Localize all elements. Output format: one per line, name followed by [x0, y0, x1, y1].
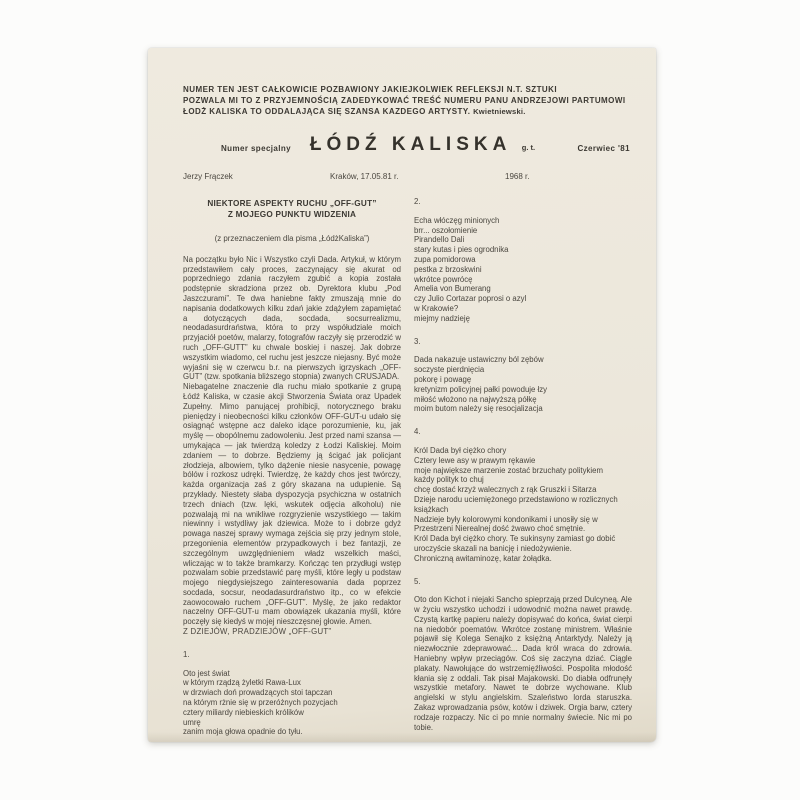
poem-number: 2. — [414, 197, 632, 207]
poem-line: pestka z brzoskwini — [414, 265, 632, 275]
page-title: ŁÓDŹ KALISKA — [310, 134, 511, 155]
article-title: NIEKTORE ASPEKTY RUCHU „OFF-GUT” Z MOJEG… — [183, 198, 401, 220]
poem-line: zanim moja głowa opadnie do tyłu. — [183, 727, 401, 737]
header-signature: Kwietniewski. — [473, 107, 525, 116]
header-line-3-text: ŁODŻ KALISKA TO ODDALAJĄCA SIĘ SZANSA KA… — [183, 107, 470, 116]
header-line-3: ŁODŻ KALISKA TO ODDALAJĄCA SIĘ SZANSA KA… — [183, 106, 638, 117]
byline: Jerzy Frączek Kraków, 17.05.81 r. 1968 r… — [183, 172, 632, 184]
poem-4: 4. Król Dada był ciężko choryCztery lewe… — [414, 427, 632, 563]
poem-line: Dzieje narodu uciemiężonego przedstawion… — [414, 495, 632, 515]
poem-3: 3. Dada nakazuje ustawiczny ból zębówsoc… — [414, 337, 632, 415]
poem-number: 4. — [414, 427, 632, 437]
header-line-1: NUMER TEN JEST CAŁKOWICIE POZBAWIONY JAK… — [183, 84, 638, 95]
poem-line: każdy polityk to chuj — [414, 475, 632, 485]
byline-year: 1968 r. — [505, 172, 529, 181]
article-title-line-2: Z MOJEGO PUNKTU WIDZENIA — [183, 209, 401, 220]
poem-number: 3. — [414, 337, 632, 347]
poem-lines: Król Dada był ciężko choryCztery lewe as… — [414, 446, 632, 564]
poem-lines: Dada nakazuje ustawiczny ból zębówsoczys… — [414, 355, 632, 414]
poem-number: 5. — [414, 577, 632, 587]
poem-line: w którym rządzą żyletki Rawa-Lux — [183, 678, 401, 688]
poem-line: Chroniczną awitaminozę, katar żołądka. — [414, 554, 632, 564]
right-column: 2. Echa włóczęg minionychbrr... oszołomi… — [414, 197, 632, 734]
title-suffix: g. t. — [522, 143, 535, 152]
poem-line: Echa włóczęg minionych — [414, 216, 632, 226]
poem-line: miejmy nadzieję — [414, 314, 632, 324]
poem-line: soczyste pierdnięcia — [414, 365, 632, 375]
poem-line: Pirandello Dali — [414, 235, 632, 245]
poem-line: zupa pomidorowa — [414, 255, 632, 265]
poem-line: Nadzieje były kolorowymi kondonikami i u… — [414, 515, 632, 535]
poem-line: w Krakowie? — [414, 304, 632, 314]
poem-5: 5. Oto don Kichot i niejaki Sancho spiep… — [414, 577, 632, 733]
poem-line: brr... oszołomienie — [414, 226, 632, 236]
poem-line: czy Julio Cortazar poprosi o azyl — [414, 294, 632, 304]
poem-2: 2. Echa włóczęg minionychbrr... oszołomi… — [414, 197, 632, 324]
dedication-header: NUMER TEN JEST CAŁKOWICIE POZBAWIONY JAK… — [183, 84, 638, 117]
poem-number: 1. — [183, 650, 401, 660]
poem-line: cztery miliardy niebieskich królików — [183, 708, 401, 718]
history-heading: Z DZIEJÓW, PRADZIEJÓW „OFF-GUT” — [183, 627, 401, 637]
poem-line: wkrótce powrócę — [414, 275, 632, 285]
article-paragraph-1: Na początku było Nic i Wszystko czyli Da… — [183, 255, 401, 382]
article-columns: NIEKTORE ASPEKTY RUCHU „OFF-GUT” Z MOJEG… — [183, 197, 632, 734]
poem-line: kretynizm policyjnej pałki powoduje łzy — [414, 385, 632, 395]
document-page: NUMER TEN JEST CAŁKOWICIE POZBAWIONY JAK… — [148, 48, 656, 742]
masthead: Numer specjalny ŁÓDŹ KALISKA g. t. Czerw… — [183, 134, 632, 166]
poem-line: Dada nakazuje ustawiczny ból zębów — [414, 355, 632, 365]
article-title-line-1: NIEKTORE ASPEKTY RUCHU „OFF-GUT” — [183, 198, 401, 209]
byline-place-date: Kraków, 17.05.81 r. — [330, 172, 399, 181]
poem-line: Król Dada był ciężko chory — [414, 446, 632, 456]
issue-date: Czerwiec '81 — [577, 144, 630, 153]
header-line-2: POZWALA MI TO Z PRZYJEMNOŚCIĄ ZADEDYKOWA… — [183, 95, 638, 106]
poem-1: 1. Oto jest światw którym rządzą żyletki… — [183, 650, 401, 737]
poem-line: na którym rżnie się w przeróżnych pozycj… — [183, 698, 401, 708]
poem-line: moje największe marzenie zostać brzuchat… — [414, 466, 632, 476]
poem-line: Cztery lewe asy w prawym rękawie — [414, 456, 632, 466]
poem-line: umrę — [183, 718, 401, 728]
poem-lines: Echa włóczęg minionychbrr... oszołomieni… — [414, 216, 632, 324]
article-dedication: (z przeznaczeniem dla pisma „ŁódżKaliska… — [183, 234, 401, 244]
poem-line: stary kutas i pies ogrodnika — [414, 245, 632, 255]
poem-line: Król Dada był ciężko chory. Te sukinsyny… — [414, 534, 632, 554]
poem-5-text: Oto don Kichot i niejaki Sancho spieprza… — [414, 595, 632, 732]
title-wrap: ŁÓDŹ KALISKA g. t. — [273, 134, 572, 156]
article-paragraph-2: Niebagatelne znaczenie dla ruchu miało s… — [183, 382, 401, 627]
left-column: NIEKTORE ASPEKTY RUCHU „OFF-GUT” Z MOJEG… — [183, 197, 401, 734]
poem-line: moim butom należy się resocjalizacja — [414, 404, 632, 414]
poem-lines: Oto jest światw którym rządzą żyletki Ra… — [183, 669, 401, 738]
byline-author: Jerzy Frączek — [183, 172, 233, 181]
poem-line: Amelia von Bumerang — [414, 284, 632, 294]
poem-line: w drzwiach doń prowadzących stoi tapczan — [183, 688, 401, 698]
poem-line: miłość włożono na najwyższą półkę — [414, 395, 632, 405]
poem-line: chcę dostać krzyż walecznych z rąk Grusz… — [414, 485, 632, 495]
poem-line: Oto jest świat — [183, 669, 401, 679]
poem-line: pokorę i powagę — [414, 375, 632, 385]
